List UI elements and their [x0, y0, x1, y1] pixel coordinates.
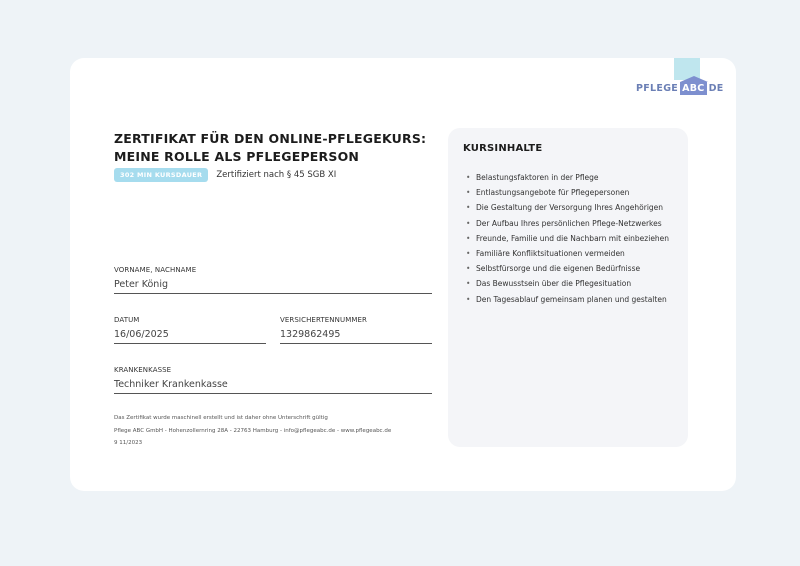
bullet-icon: •: [466, 276, 476, 291]
footer-version: 9 11/2023: [114, 437, 391, 450]
footer-validity-note: Das Zertifikat wurde maschinell erstellt…: [114, 412, 391, 425]
field-name-value: Peter König: [114, 279, 432, 294]
list-item: •Belastungsfaktoren in der Pflege: [466, 170, 669, 185]
logo-text-right: DE: [709, 83, 724, 94]
list-item: •Selbstfürsorge und die eigenen Bedürfni…: [466, 261, 669, 276]
list-item: •Das Bewusstsein über die Pflegesituatio…: [466, 276, 669, 291]
certificate-card: PFLEGE ABC DE ZERTIFIKAT FÜR DEN ONLINE-…: [70, 58, 736, 491]
bullet-icon: •: [466, 170, 476, 185]
footer-company-info: Pflege ABC GmbH - Hohenzollernring 28A -…: [114, 425, 391, 438]
course-contents-heading: KURSINHALTE: [463, 143, 542, 154]
field-name: Vorname, Nachname Peter König: [114, 266, 432, 294]
field-insurance-number-label: Versichertennummer: [280, 316, 432, 324]
field-insurance-number: Versichertennummer 1329862495: [280, 316, 432, 344]
certification-note: Zertifiziert nach § 45 SGB XI: [216, 170, 336, 180]
list-item: •Freunde, Familie und die Nachbarn mit e…: [466, 231, 669, 246]
bullet-icon: •: [466, 185, 476, 200]
certificate-title: ZERTIFIKAT FÜR DEN ONLINE-PFLEGEKURS: ME…: [114, 130, 426, 166]
field-date-label: Datum: [114, 316, 266, 324]
list-item: •Den Tagesablauf gemeinsam planen und ge…: [466, 292, 669, 307]
list-item: •Entlastungsangebote für Pflegepersonen: [466, 185, 669, 200]
field-health-insurer: Krankenkasse Techniker Krankenkasse: [114, 366, 432, 394]
bullet-icon: •: [466, 231, 476, 246]
field-health-insurer-value: Techniker Krankenkasse: [114, 379, 432, 394]
certificate-footer: Das Zertifikat wurde maschinell erstellt…: [114, 412, 391, 450]
list-item: •Die Gestaltung der Versorgung Ihres Ang…: [466, 200, 669, 215]
title-line-1: ZERTIFIKAT FÜR DEN ONLINE-PFLEGEKURS:: [114, 130, 426, 148]
course-contents-panel: KURSINHALTE •Belastungsfaktoren in der P…: [448, 128, 688, 447]
field-health-insurer-label: Krankenkasse: [114, 366, 432, 374]
logo-house-icon: ABC: [680, 82, 706, 95]
bullet-icon: •: [466, 246, 476, 261]
duration-badge: 302 MIN KURSDAUER: [114, 168, 208, 182]
field-name-label: Vorname, Nachname: [114, 266, 432, 274]
list-item: •Der Aufbau Ihres persönlichen Pflege-Ne…: [466, 216, 669, 231]
bullet-icon: •: [466, 216, 476, 231]
bullet-icon: •: [466, 261, 476, 276]
badge-row: 302 MIN KURSDAUER Zertifiziert nach § 45…: [114, 168, 336, 182]
logo-text-left: PFLEGE: [636, 83, 678, 94]
bullet-icon: •: [466, 200, 476, 215]
pflegeabc-logo: PFLEGE ABC DE: [636, 82, 724, 95]
bullet-icon: •: [466, 292, 476, 307]
course-contents-list: •Belastungsfaktoren in der Pflege •Entla…: [466, 170, 669, 307]
list-item: •Familiäre Konfliktsituationen vermeiden: [466, 246, 669, 261]
field-date-value: 16/06/2025: [114, 329, 266, 344]
field-insurance-number-value: 1329862495: [280, 329, 432, 344]
field-date: Datum 16/06/2025: [114, 316, 266, 344]
title-line-2: MEINE ROLLE ALS PFLEGEPERSON: [114, 148, 426, 166]
